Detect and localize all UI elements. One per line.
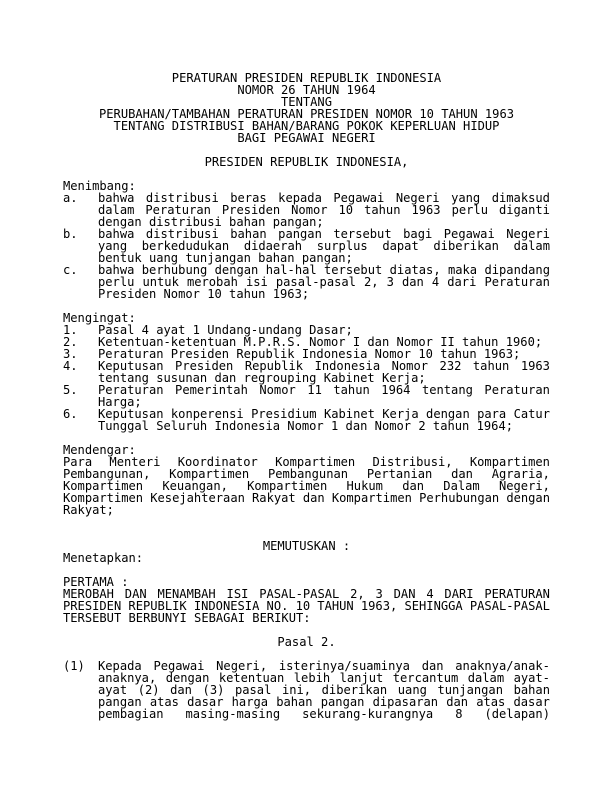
word: 8: [455, 708, 462, 720]
word: 10: [339, 204, 354, 216]
word: dan: [402, 276, 424, 288]
doc-line: TERSEBUT BERBUNYI SEBAGAI BERIKUT:: [63, 612, 550, 624]
consideration-a: a.bahwadistribusiberaskepadaPegawaiNeger…: [63, 192, 550, 228]
word: Kompartimen: [332, 492, 412, 504]
word: Catur: [514, 408, 550, 420]
word: perlu: [452, 204, 488, 216]
doc-line: Rakyat;: [63, 504, 550, 516]
blank-line: [63, 432, 550, 444]
word: PASAL-PASAL: [470, 600, 550, 612]
legal-basis-5: 5.PeraturanPemerintahNomor11tahun1964ten…: [63, 384, 550, 408]
word: 1964: [381, 384, 410, 396]
item-label: (1): [63, 660, 85, 672]
blank-line: [63, 516, 550, 528]
word: tahun: [333, 384, 369, 396]
legal-basis-6: 6.KeputusankonperensiPresidiumKabinetKer…: [63, 408, 550, 432]
word: dapat: [382, 240, 418, 252]
doc-line: BAGI PEGAWAI NEGERI: [63, 132, 550, 144]
word: 1963: [411, 204, 440, 216]
document-body: PERATURAN PRESIDEN REPUBLIK INDONESIANOM…: [63, 72, 550, 720]
pertama-paragraph: MEROBAHDANMENAMBAHISIPASAL-PASAL2,3DAN4D…: [63, 588, 550, 624]
mendengar-paragraph: ParaMenteriKoordinatorKompartimenDistrib…: [63, 456, 550, 516]
item-label: 4.: [63, 360, 78, 372]
word: (delapan): [484, 708, 550, 720]
blank-line: [63, 300, 550, 312]
blank-line: [63, 564, 550, 576]
doc-line: pembagianmasing-masingsekurang-kurangnya…: [98, 708, 550, 720]
word: Kesejahteraan: [150, 492, 245, 504]
word: tahun: [473, 360, 509, 372]
consideration-b: b.bahwadistribusibahanpangantersebutbagi…: [63, 228, 550, 264]
pasal-2-ayat-1: (1)KepadaPegawaiNegeri,isterinya/suaminy…: [63, 660, 550, 720]
doc-line: Presiden Nomor 10 tahun 1963;: [98, 288, 550, 300]
word: Peraturan: [484, 384, 550, 396]
doc-line: PeraturanPemerintahNomor11tahun1964tenta…: [98, 384, 550, 396]
item-label: a.: [63, 192, 78, 204]
consideration-c: c.bahwaberhubungdenganhal-haltersebutdia…: [63, 264, 550, 300]
doc-line: Tunggal Seluruh Indonesia Nomor 1 dan No…: [98, 420, 550, 432]
blank-line: [63, 168, 550, 180]
word: 1963,: [361, 600, 397, 612]
item-label: c.: [63, 264, 78, 276]
doc-line: Pasal 2.: [63, 636, 550, 648]
word: Pemerintah: [175, 384, 248, 396]
word: sekurang-kurangnya: [302, 708, 433, 720]
section-label-menetapkan: Menetapkan:: [63, 552, 550, 564]
word: 2,: [364, 276, 379, 288]
legal-basis-4: 4.KeputusanPresidenRepublikIndonesiaNomo…: [63, 360, 550, 384]
word: masing-masing: [186, 708, 281, 720]
item-label: b.: [63, 228, 78, 240]
word: Rakyat: [252, 492, 296, 504]
doc-line: PRESIDEN REPUBLIK INDONESIA,: [63, 156, 550, 168]
word: diberikan: [433, 240, 499, 252]
doc-line: tentang susunan dan regrouping Kabinet K…: [98, 372, 550, 384]
word: TAHUN: [317, 600, 353, 612]
doc-title: PERATURAN PRESIDEN REPUBLIK INDONESIANOM…: [63, 72, 550, 144]
item-label: 5.: [63, 384, 78, 396]
word: dengan: [506, 492, 550, 504]
doc-line: Menetapkan:: [63, 552, 550, 564]
word: tentang: [422, 384, 473, 396]
word: pembagian: [98, 708, 164, 720]
word: 11: [307, 384, 322, 396]
word: dalam: [514, 240, 550, 252]
word: Nomor: [259, 384, 295, 396]
word: 232: [440, 360, 462, 372]
word: 1963: [521, 360, 550, 372]
word: tahun: [364, 204, 400, 216]
word: diganti: [499, 204, 550, 216]
word: SEHINGGA: [404, 600, 462, 612]
word: dan: [303, 492, 325, 504]
salutation: PRESIDEN REPUBLIK INDONESIA,: [63, 156, 550, 168]
pasal-2-heading: Pasal 2.: [63, 636, 550, 648]
doc-line: KompartimenKesejahteraanRakyatdanKompart…: [63, 492, 550, 504]
word: Perhubungan: [419, 492, 499, 504]
word: 4: [432, 276, 439, 288]
item-label: 6.: [63, 408, 78, 420]
document-page: PERATURAN PRESIDEN REPUBLIK INDONESIANOM…: [0, 0, 612, 792]
word: 3: [387, 276, 394, 288]
word: Peraturan: [484, 276, 550, 288]
word: dari: [447, 276, 476, 288]
